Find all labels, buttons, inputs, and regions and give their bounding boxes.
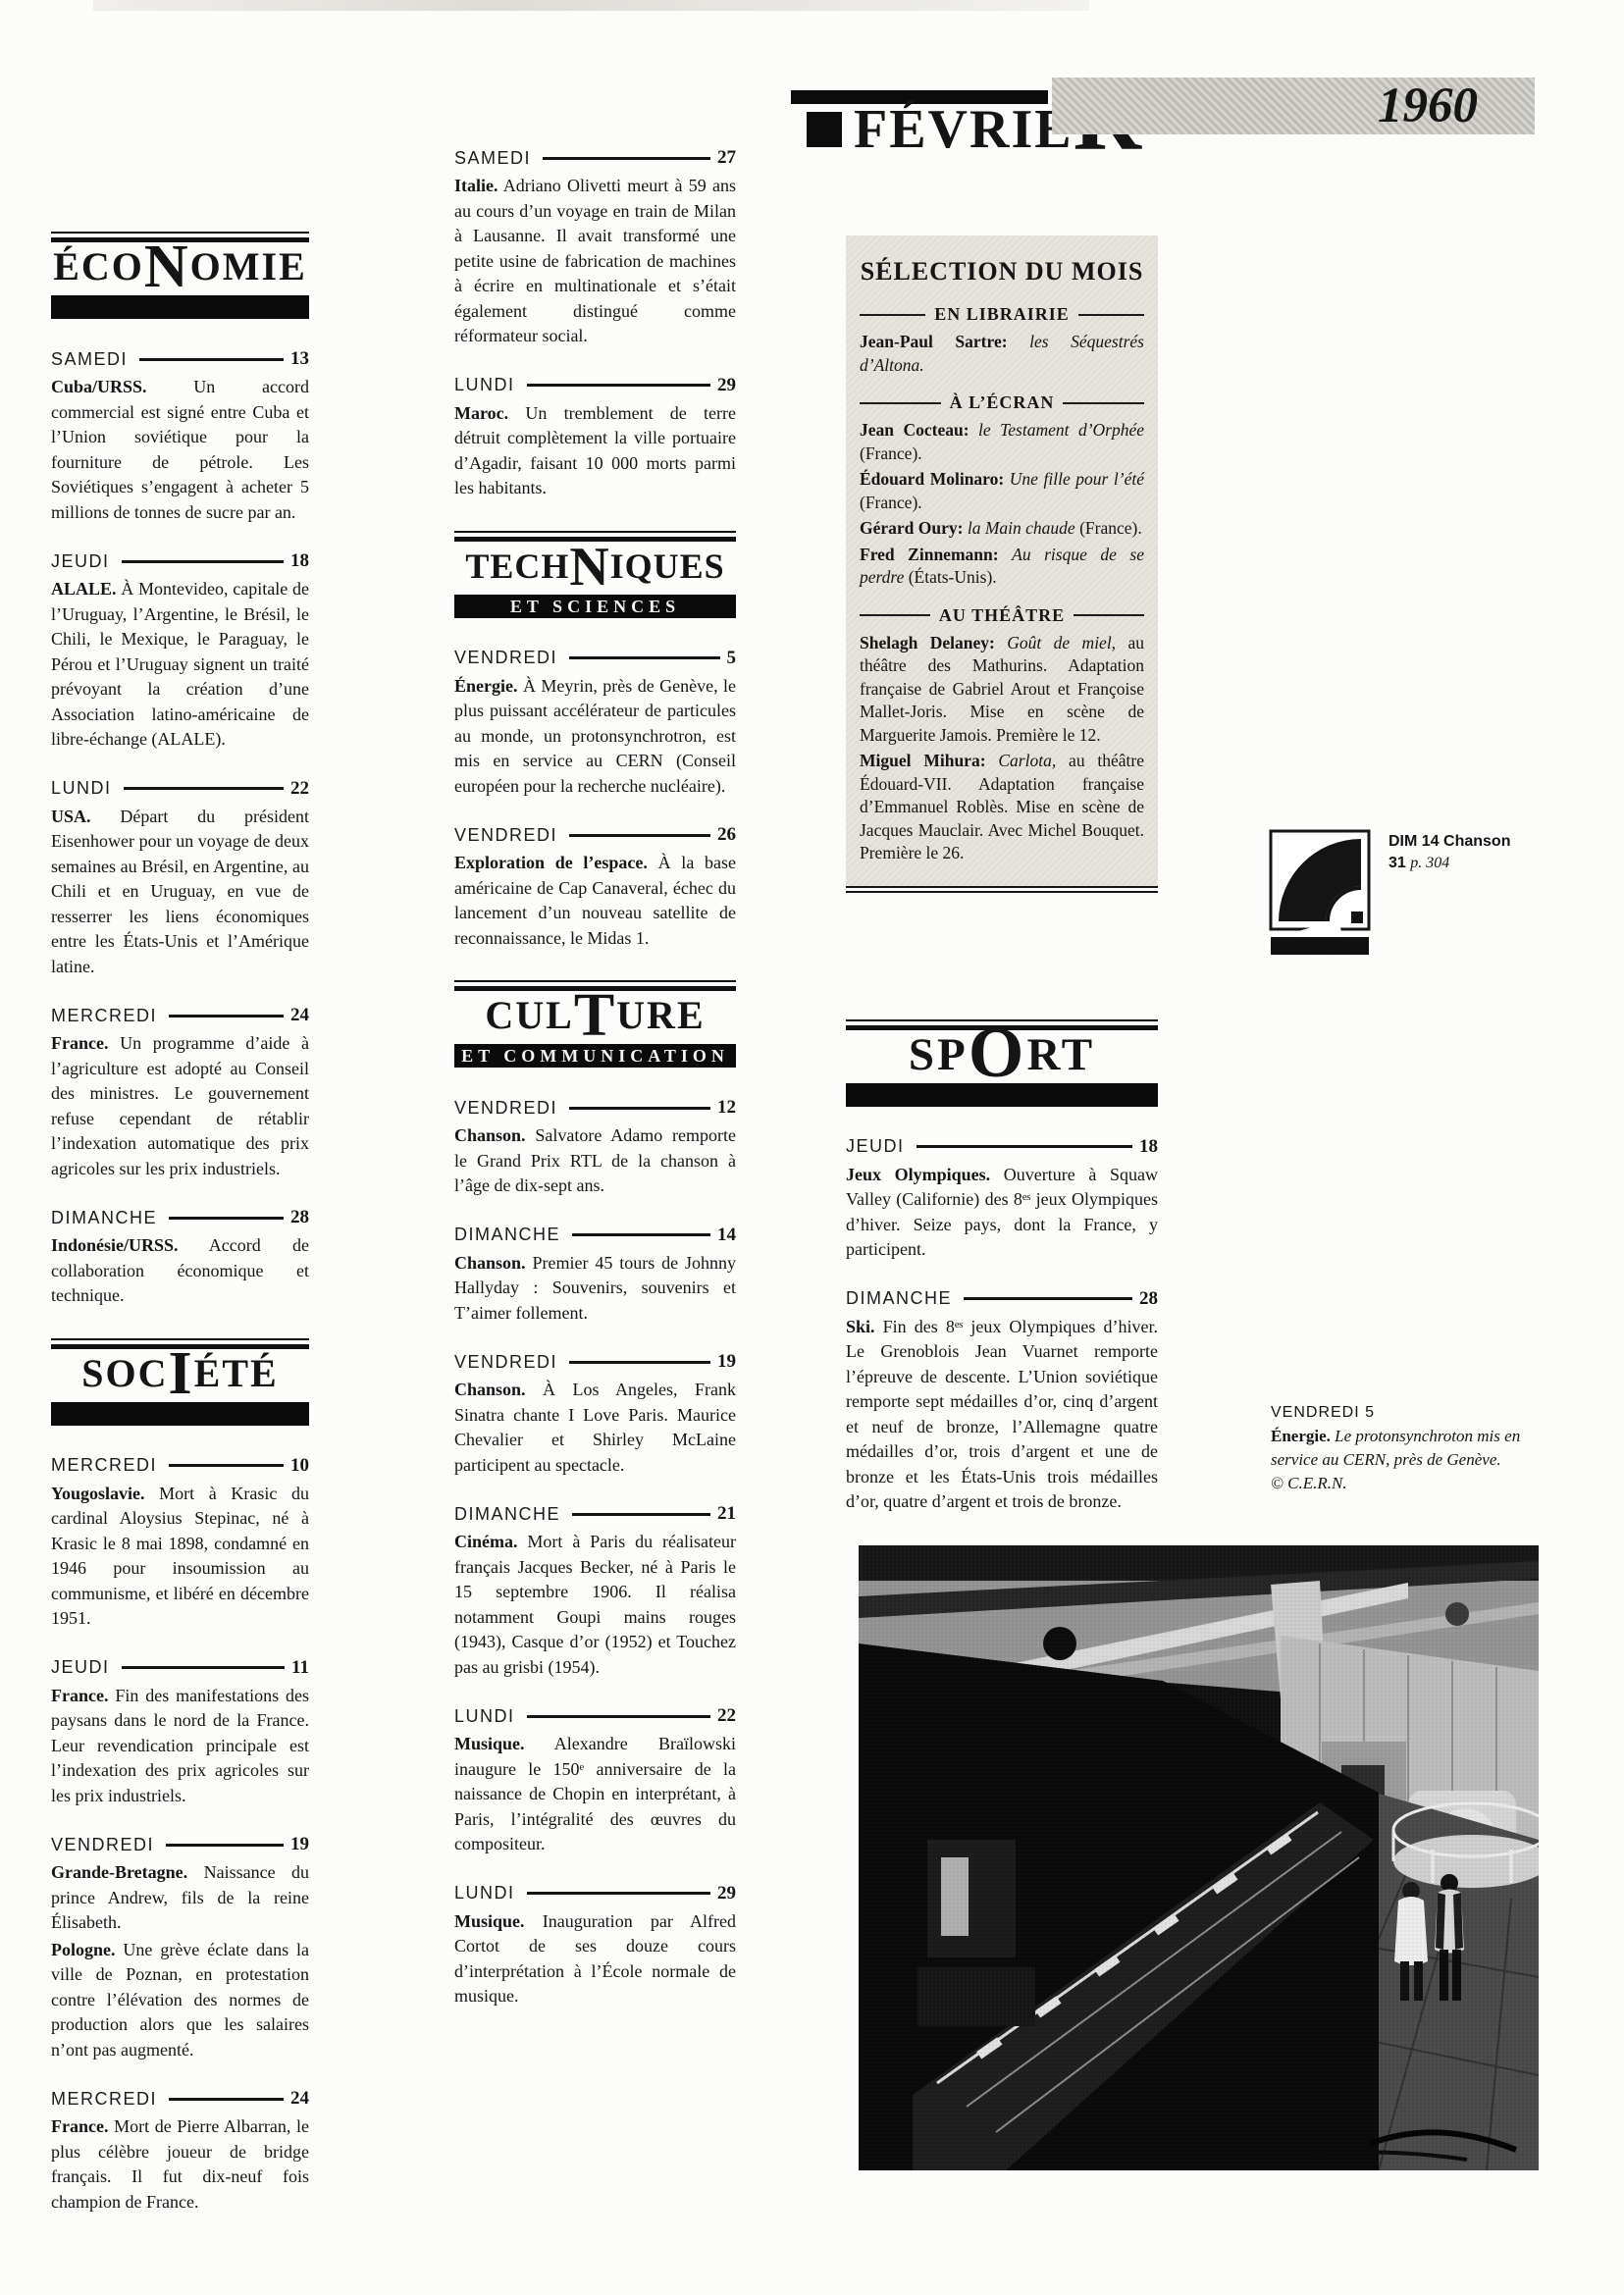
day-rule: [124, 787, 284, 790]
entry-text: France. Fin des manifestations des paysa…: [51, 1684, 309, 1809]
entry-text: Exploration de l’espace. À la base améri…: [454, 851, 736, 951]
entry-text: Chanson. Premier 45 tours de Johnny Hall…: [454, 1251, 736, 1327]
entry-topic: Pologne.: [51, 1940, 116, 1959]
news-entry: DIMANCHE28 Indonésie/URSS. Accord de col…: [51, 1207, 309, 1309]
day-rule: [569, 656, 719, 659]
entry-date-number: 5: [727, 648, 737, 669]
news-entry: MERCREDI24 France. Un programme d’aide à…: [51, 1005, 309, 1181]
news-entry: SAMEDI13 Cuba/URSS. Un accord commercial…: [51, 348, 309, 525]
column-techniques-culture: SAMEDI27 Italie. Adriano Olivetti meurt …: [454, 147, 736, 2035]
entry-day: DIMANCHE: [454, 1225, 560, 1245]
entry-day: MERCREDI: [51, 2089, 157, 2110]
entry-topic: France.: [51, 1033, 108, 1053]
entry-topic: USA.: [51, 807, 91, 826]
section-subtitle: ET COMMUNICATION: [461, 1046, 729, 1066]
entry-day: VENDREDI: [51, 1835, 154, 1855]
day-rule: [169, 1015, 284, 1017]
selection-group-label: AU THÉÂTRE: [930, 605, 1074, 626]
news-entry: VENDREDI26 Exploration de l’espace. À la…: [454, 824, 736, 951]
entry-day: JEUDI: [51, 1657, 110, 1678]
scan-smudge: [93, 0, 1089, 11]
entry-topic: Exploration de l’espace.: [454, 853, 648, 872]
entry-day: JEUDI: [846, 1136, 905, 1157]
entry-date-number: 29: [717, 375, 736, 396]
entry-date-number: 28: [1139, 1288, 1158, 1310]
photo-caption: VENDREDI 5 Énergie. Le protonsynchroton …: [1271, 1401, 1541, 1495]
entry-date-number: 19: [717, 1351, 736, 1373]
news-entry: DIMANCHE28 Ski. Fin des 8ᵉˢ jeux Olympiq…: [846, 1288, 1158, 1515]
selection-item: Jean Cocteau: le Testament d’Orphée (Fra…: [860, 419, 1144, 465]
calendar-note-text: DIM 14 Chanson 31 p. 304: [1388, 829, 1510, 874]
section-bar: ET SCIENCES: [454, 595, 736, 618]
entry-day: LUNDI: [454, 375, 515, 395]
entry-day: LUNDI: [454, 1706, 515, 1727]
entry-topic: Indonésie/URSS.: [51, 1235, 179, 1255]
entry-text: ALALE. À Montevideo, capitale de l’Urugu…: [51, 577, 309, 753]
entry-topic: Musique.: [454, 1911, 525, 1931]
selection-item: Jean-Paul Sartre: les Séquestrés d’Alton…: [860, 331, 1144, 377]
entry-topic: Énergie.: [454, 676, 518, 696]
day-rule: [917, 1145, 1132, 1148]
entry-text: Énergie. À Meyrin, près de Genève, le pl…: [454, 674, 736, 800]
day-rule: [169, 2098, 284, 2101]
day-rule: [166, 1844, 284, 1847]
entry-topic: Yougoslavie.: [51, 1484, 145, 1503]
day-rule: [543, 157, 710, 160]
year-band: 1960: [1052, 78, 1535, 134]
entry-date-number: 26: [717, 824, 736, 846]
entry-date-number: 12: [717, 1097, 736, 1119]
entry-day: VENDREDI: [454, 825, 557, 846]
section-sport-header: SPORT: [846, 1019, 1158, 1107]
selection-item: Shelagh Delaney: Goût de miel, au théâtr…: [860, 632, 1144, 748]
selection-group-label: EN LIBRAIRIE: [925, 304, 1078, 325]
selection-item: Miguel Mihura: Carlota, au théâtre Édoua…: [860, 750, 1144, 865]
entry-date-number: 10: [290, 1455, 309, 1477]
news-entry: JEUDI11 France. Fin des manifestations d…: [51, 1657, 309, 1809]
day-rule: [572, 1513, 710, 1516]
day-rule: [122, 560, 284, 563]
entry-date-number: 14: [717, 1225, 736, 1246]
day-rule: [572, 1233, 710, 1236]
entry-topic: Italie.: [454, 176, 498, 195]
section-societe-header: SOCIÉTÉ: [51, 1338, 309, 1426]
calendar-note-page: p. 304: [1410, 855, 1449, 871]
entry-topic: Cuba/URSS.: [51, 377, 147, 396]
entry-text: Ski. Fin des 8ᵉˢ jeux Olympiques d’hiver…: [846, 1315, 1158, 1515]
entry-text: Jeux Olympiques. Ouverture à Squaw Valle…: [846, 1163, 1158, 1263]
day-rule: [569, 1361, 710, 1364]
section-economie-header: ÉCONOMIE: [51, 232, 309, 319]
entry-date-number: 18: [1139, 1136, 1158, 1158]
entry-day: SAMEDI: [51, 349, 128, 370]
section-title-sport: SPORT: [846, 1030, 1158, 1079]
selection-title: SÉLECTION DU MOIS: [860, 257, 1144, 287]
entry-text: Musique. Inauguration par Alfred Cortot …: [454, 1909, 736, 2009]
magazine-page: FÉVRIER 1960 ÉCONOMIE SAMEDI13 Cuba/URSS…: [0, 0, 1624, 2295]
caption-day: VENDREDI 5: [1271, 1401, 1541, 1425]
entry-topic: Chanson.: [454, 1125, 526, 1145]
day-rule: [527, 1892, 710, 1895]
entry-day: MERCREDI: [51, 1455, 157, 1476]
news-entry: DIMANCHE14 Chanson. Premier 45 tours de …: [454, 1225, 736, 1327]
news-entry: VENDREDI19 Chanson. À Los Angeles, Frank…: [454, 1351, 736, 1478]
entry-date-number: 29: [717, 1883, 736, 1904]
entry-date-number: 24: [290, 1005, 309, 1026]
entry-text: Grande-Bretagne. Naissance du prince And…: [51, 1860, 309, 1936]
news-entry: MERCREDI24 France. Mort de Pierre Albarr…: [51, 2088, 309, 2215]
news-entry: VENDREDI5 Énergie. À Meyrin, près de Gen…: [454, 648, 736, 800]
entry-text: Pologne. Une grève éclate dans la ville …: [51, 1938, 309, 2063]
day-rule: [122, 1666, 286, 1669]
news-entry: LUNDI29 Maroc. Un tremblement de terre d…: [454, 375, 736, 501]
entry-topic: Chanson.: [454, 1380, 526, 1399]
entry-topic: ALALE.: [51, 579, 117, 599]
record-disc-icon: [1269, 829, 1371, 962]
entry-text: Italie. Adriano Olivetti meurt à 59 ans …: [454, 174, 736, 349]
section-bar: ET COMMUNICATION: [454, 1044, 736, 1068]
section-subtitle: ET SCIENCES: [510, 597, 680, 616]
entry-text: France. Un programme d’aide à l’agricult…: [51, 1031, 309, 1181]
day-rule: [569, 834, 710, 837]
selection-item: Édouard Molinaro: Une fille pour l’été (…: [860, 468, 1144, 514]
entry-text: Yougoslavie. Mort à Krasic du cardinal A…: [51, 1482, 309, 1632]
entry-date-number: 22: [717, 1705, 736, 1727]
entry-day: DIMANCHE: [846, 1288, 952, 1309]
entry-topic: Ski.: [846, 1317, 875, 1336]
entry-text: USA. Départ du président Eisenhower pour…: [51, 805, 309, 980]
selection-group-label: À L’ÉCRAN: [941, 392, 1064, 413]
news-entry: DIMANCHE21 Cinéma. Mort à Paris du réali…: [454, 1503, 736, 1680]
entry-topic: Grande-Bretagne.: [51, 1862, 187, 1882]
entry-day: LUNDI: [454, 1883, 515, 1904]
entry-text: Maroc. Un tremblement de terre détruit c…: [454, 401, 736, 501]
day-rule: [527, 384, 710, 387]
entry-text: Chanson. À Los Angeles, Frank Sinatra ch…: [454, 1378, 736, 1478]
year-label: 1960: [1378, 78, 1478, 133]
entry-date-number: 21: [717, 1503, 736, 1525]
entry-day: DIMANCHE: [51, 1208, 157, 1228]
margin-calendar-note: DIM 14 Chanson 31 p. 304: [1269, 829, 1563, 962]
entry-day: VENDREDI: [454, 648, 557, 668]
entry-date-number: 24: [290, 2088, 309, 2110]
entry-date-number: 18: [290, 550, 309, 572]
caption-topic: Énergie.: [1271, 1427, 1331, 1445]
section-title-techniques: TECHNIQUES: [454, 542, 736, 591]
entry-day: VENDREDI: [454, 1352, 557, 1373]
month-text: FÉVRIE: [854, 99, 1074, 160]
entry-text: Chanson. Salvatore Adamo remporte le Gra…: [454, 1123, 736, 1199]
entry-topic: France.: [51, 1686, 108, 1705]
section-title-societe: SOCIÉTÉ: [51, 1349, 309, 1398]
selection-item: Gérard Oury: la Main chaude (France).: [860, 517, 1144, 541]
column-economie-societe: ÉCONOMIE SAMEDI13 Cuba/URSS. Un accord c…: [51, 232, 309, 2240]
entry-topic: Musique.: [454, 1734, 525, 1753]
entry-date-number: 11: [291, 1657, 309, 1679]
news-entry: LUNDI29 Musique. Inauguration par Alfred…: [454, 1883, 736, 2009]
calendar-note-line1: DIM 14 Chanson: [1388, 831, 1510, 853]
section-title-economie: ÉCONOMIE: [51, 242, 309, 291]
selection-du-mois-box: SÉLECTION DU MOIS EN LIBRAIRIE Jean-Paul…: [846, 235, 1158, 888]
entry-text: Musique. Alexandre Braïlowski inaugure l…: [454, 1732, 736, 1857]
entry-day: LUNDI: [51, 778, 112, 799]
section-techniques-header: TECHNIQUES ET SCIENCES: [454, 531, 736, 618]
selection-item: Fred Zinnemann: Au risque de se perdre (…: [860, 544, 1144, 590]
entry-topic: Maroc.: [454, 403, 508, 423]
news-entry: LUNDI22 USA. Départ du président Eisenho…: [51, 778, 309, 980]
news-entry: JEUDI18 Jeux Olympiques. Ouverture à Squ…: [846, 1136, 1158, 1263]
news-entry: LUNDI22 Musique. Alexandre Braïlowski in…: [454, 1705, 736, 1857]
entry-day: SAMEDI: [454, 148, 531, 169]
news-entry: JEUDI18 ALALE. À Montevideo, capitale de…: [51, 550, 309, 753]
entry-topic: France.: [51, 2116, 108, 2136]
calendar-note-number: 31: [1388, 855, 1406, 871]
day-rule: [527, 1715, 710, 1718]
day-rule: [169, 1464, 284, 1467]
cern-synchrotron-photo: [859, 1545, 1539, 2170]
section-culture-header: CULTURE ET COMMUNICATION: [454, 980, 736, 1068]
caption-credit: © C.E.R.N.: [1271, 1474, 1347, 1492]
day-rule: [139, 358, 284, 361]
entry-day: MERCREDI: [51, 1006, 157, 1026]
entry-text: Cuba/URSS. Un accord commercial est sign…: [51, 375, 309, 525]
entry-date-number: 19: [290, 1834, 309, 1855]
column-selection-sport: SÉLECTION DU MOIS EN LIBRAIRIE Jean-Paul…: [846, 235, 1158, 1540]
section-title-culture: CULTURE: [454, 991, 736, 1040]
entry-topic: Jeux Olympiques.: [846, 1165, 990, 1184]
entry-text: Indonésie/URSS. Accord de collaboration …: [51, 1233, 309, 1309]
entry-topic: Cinéma.: [454, 1532, 518, 1551]
entry-text: France. Mort de Pierre Albarran, le plus…: [51, 2114, 309, 2215]
day-rule: [964, 1297, 1132, 1300]
day-rule: [569, 1107, 710, 1110]
entry-date-number: 28: [290, 1207, 309, 1228]
entry-date-number: 27: [717, 147, 736, 169]
news-entry: SAMEDI27 Italie. Adriano Olivetti meurt …: [454, 147, 736, 349]
entry-date-number: 22: [290, 778, 309, 800]
news-entry: VENDREDI19 Grande-Bretagne. Naissance du…: [51, 1834, 309, 2062]
entry-date-number: 13: [290, 348, 309, 370]
entry-day: DIMANCHE: [454, 1504, 560, 1525]
news-entry: MERCREDI10 Yougoslavie. Mort à Krasic du…: [51, 1455, 309, 1632]
entry-topic: Chanson.: [454, 1253, 526, 1273]
black-square-icon: [807, 112, 842, 147]
entry-text: Cinéma. Mort à Paris du réalisateur fran…: [454, 1530, 736, 1680]
entry-day: VENDREDI: [454, 1098, 557, 1119]
news-entry: VENDREDI12 Chanson. Salvatore Adamo remp…: [454, 1097, 736, 1199]
entry-day: JEUDI: [51, 551, 110, 572]
day-rule: [169, 1217, 284, 1220]
